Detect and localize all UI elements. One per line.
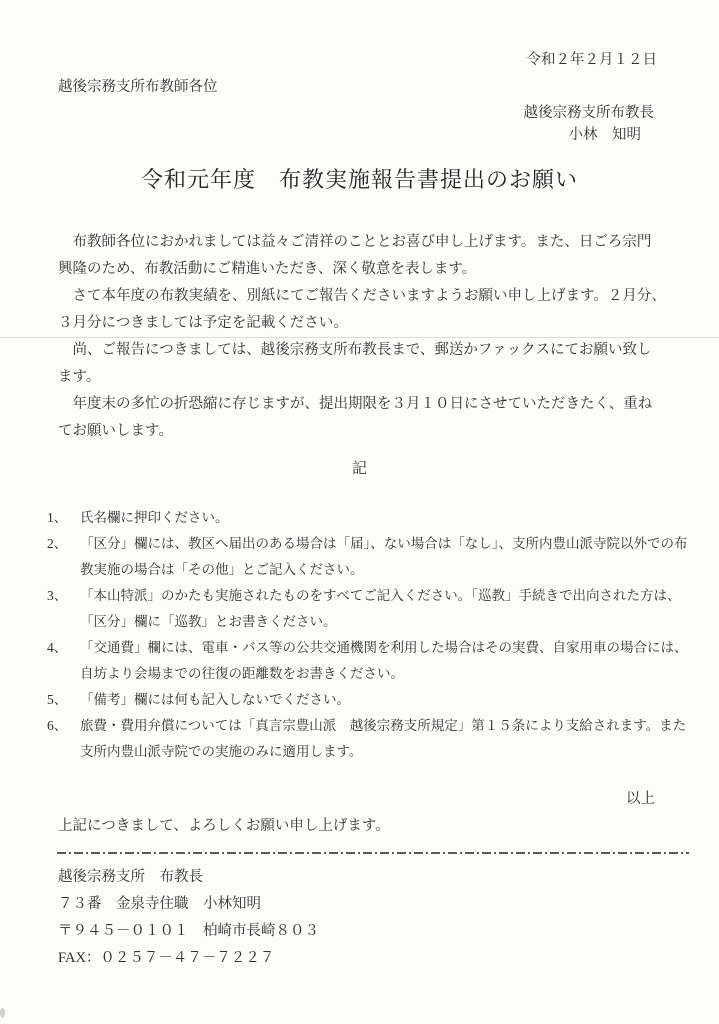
list-item-number: 4、 xyxy=(47,635,80,687)
list-item-text: 氏名欄に押印ください。 xyxy=(80,505,229,531)
sender-name: 小林 知明 xyxy=(569,123,642,144)
list-item-text: 「備考」欄には何も記入しないでください。 xyxy=(80,687,350,713)
list-item-text: 「区分」欄には、教区へ届出のある場合は「届」、ない場合は「なし」、支所内豊山派寺… xyxy=(80,531,688,583)
body-line: 年度末の多忙の折恐縮に存じますが、提出期限を３月１０日にさせていただきたく、重ね xyxy=(58,391,666,418)
list-item-number: 1、 xyxy=(47,505,80,531)
list-item: 5、「備考」欄には何も記入しないでください。 xyxy=(47,687,688,713)
list-item-text: 「交通費」欄には、電車・バス等の公共交通機関を利用した場合はその実費、自家用車の… xyxy=(80,635,688,687)
footer-fax-line: FAX：０２５７－４７－７２２７ xyxy=(58,945,319,972)
closing-ijou: 以上 xyxy=(626,787,655,808)
list-item-text: 「本山特派」のかたも実施されたものをすべてご記入ください。「巡教」手続きで出向さ… xyxy=(80,583,680,635)
list-item: 3、「本山特派」のかたも実施されたものをすべてご記入ください。「巡教」手続きで出… xyxy=(47,583,688,635)
footer-address-line: 〒９４５－０１０１ 柏崎市長崎８０３ xyxy=(58,918,319,945)
dash-dot-divider xyxy=(57,852,689,854)
footer-person-line: ７３番 金泉寺住職 小林知明 xyxy=(58,891,319,918)
list-item: 1、氏名欄に押印ください。 xyxy=(47,505,688,531)
scan-artifact-mark xyxy=(0,1008,5,1018)
scanned-letter-page: 令和２年２月１２日 越後宗務支所布教師各位 越後宗務支所布教長 小林 知明 令和… xyxy=(0,0,719,1024)
body-line: さて本年度の布教実績を、別紙にてご報告くださいますようお願い申し上げます。２月分… xyxy=(58,283,666,310)
list-item: 2、「区分」欄には、教区へ届出のある場合は「届」、ない場合は「なし」、支所内豊山… xyxy=(47,531,688,583)
body-line: 布教師各位におかれましては益々ご清祥のこととお喜び申し上げます。また、日ごろ宗門 xyxy=(58,229,666,256)
document-title: 令和元年度 布教実施報告書提出のお願い xyxy=(0,163,719,194)
list-item-number: 2、 xyxy=(47,531,80,583)
body-line: 興隆のため、布教活動にご精進いただき、深く敬意を表します。 xyxy=(58,256,666,283)
list-item: 4、「交通費」欄には、電車・バス等の公共交通機関を利用した場合はその実費、自家用… xyxy=(47,635,688,687)
sender-title: 越後宗務支所布教長 xyxy=(524,101,655,122)
list-item-number: 3、 xyxy=(47,583,80,635)
list-item-number: 6、 xyxy=(47,713,80,765)
document-date: 令和２年２月１２日 xyxy=(527,48,658,69)
list-item: 6、旅費・費用弁償については「真言宗豊山派 越後宗務支所規定」第１５条により支給… xyxy=(47,713,688,765)
body-line: てお願いします。 xyxy=(58,418,666,445)
list-item-text: 旅費・費用弁償については「真言宗豊山派 越後宗務支所規定」第１５条により支給され… xyxy=(80,713,686,765)
footer-contact-block: 越後宗務支所 布教長 ７３番 金泉寺住職 小林知明 〒９４５－０１０１ 柏崎市長… xyxy=(58,864,319,972)
scan-artifact-line xyxy=(0,337,719,338)
footer-org-line: 越後宗務支所 布教長 xyxy=(58,864,319,891)
body-line: ３月分につきましては予定を記載ください。 xyxy=(58,310,666,337)
instructions-list: 1、氏名欄に押印ください。2、「区分」欄には、教区へ届出のある場合は「届」、ない… xyxy=(47,505,688,765)
closing-request-line: 上記につきまして、よろしくお願い申し上げます。 xyxy=(58,814,390,835)
body-line: ます。 xyxy=(58,364,666,391)
recipient-line: 越後宗務支所布教師各位 xyxy=(58,75,218,96)
list-item-number: 5、 xyxy=(47,687,80,713)
record-heading: 記 xyxy=(0,457,719,478)
body-line: 尚、ご報告につきましては、越後宗務支所布教長まで、郵送かファックスにてお願い致し xyxy=(58,337,666,364)
